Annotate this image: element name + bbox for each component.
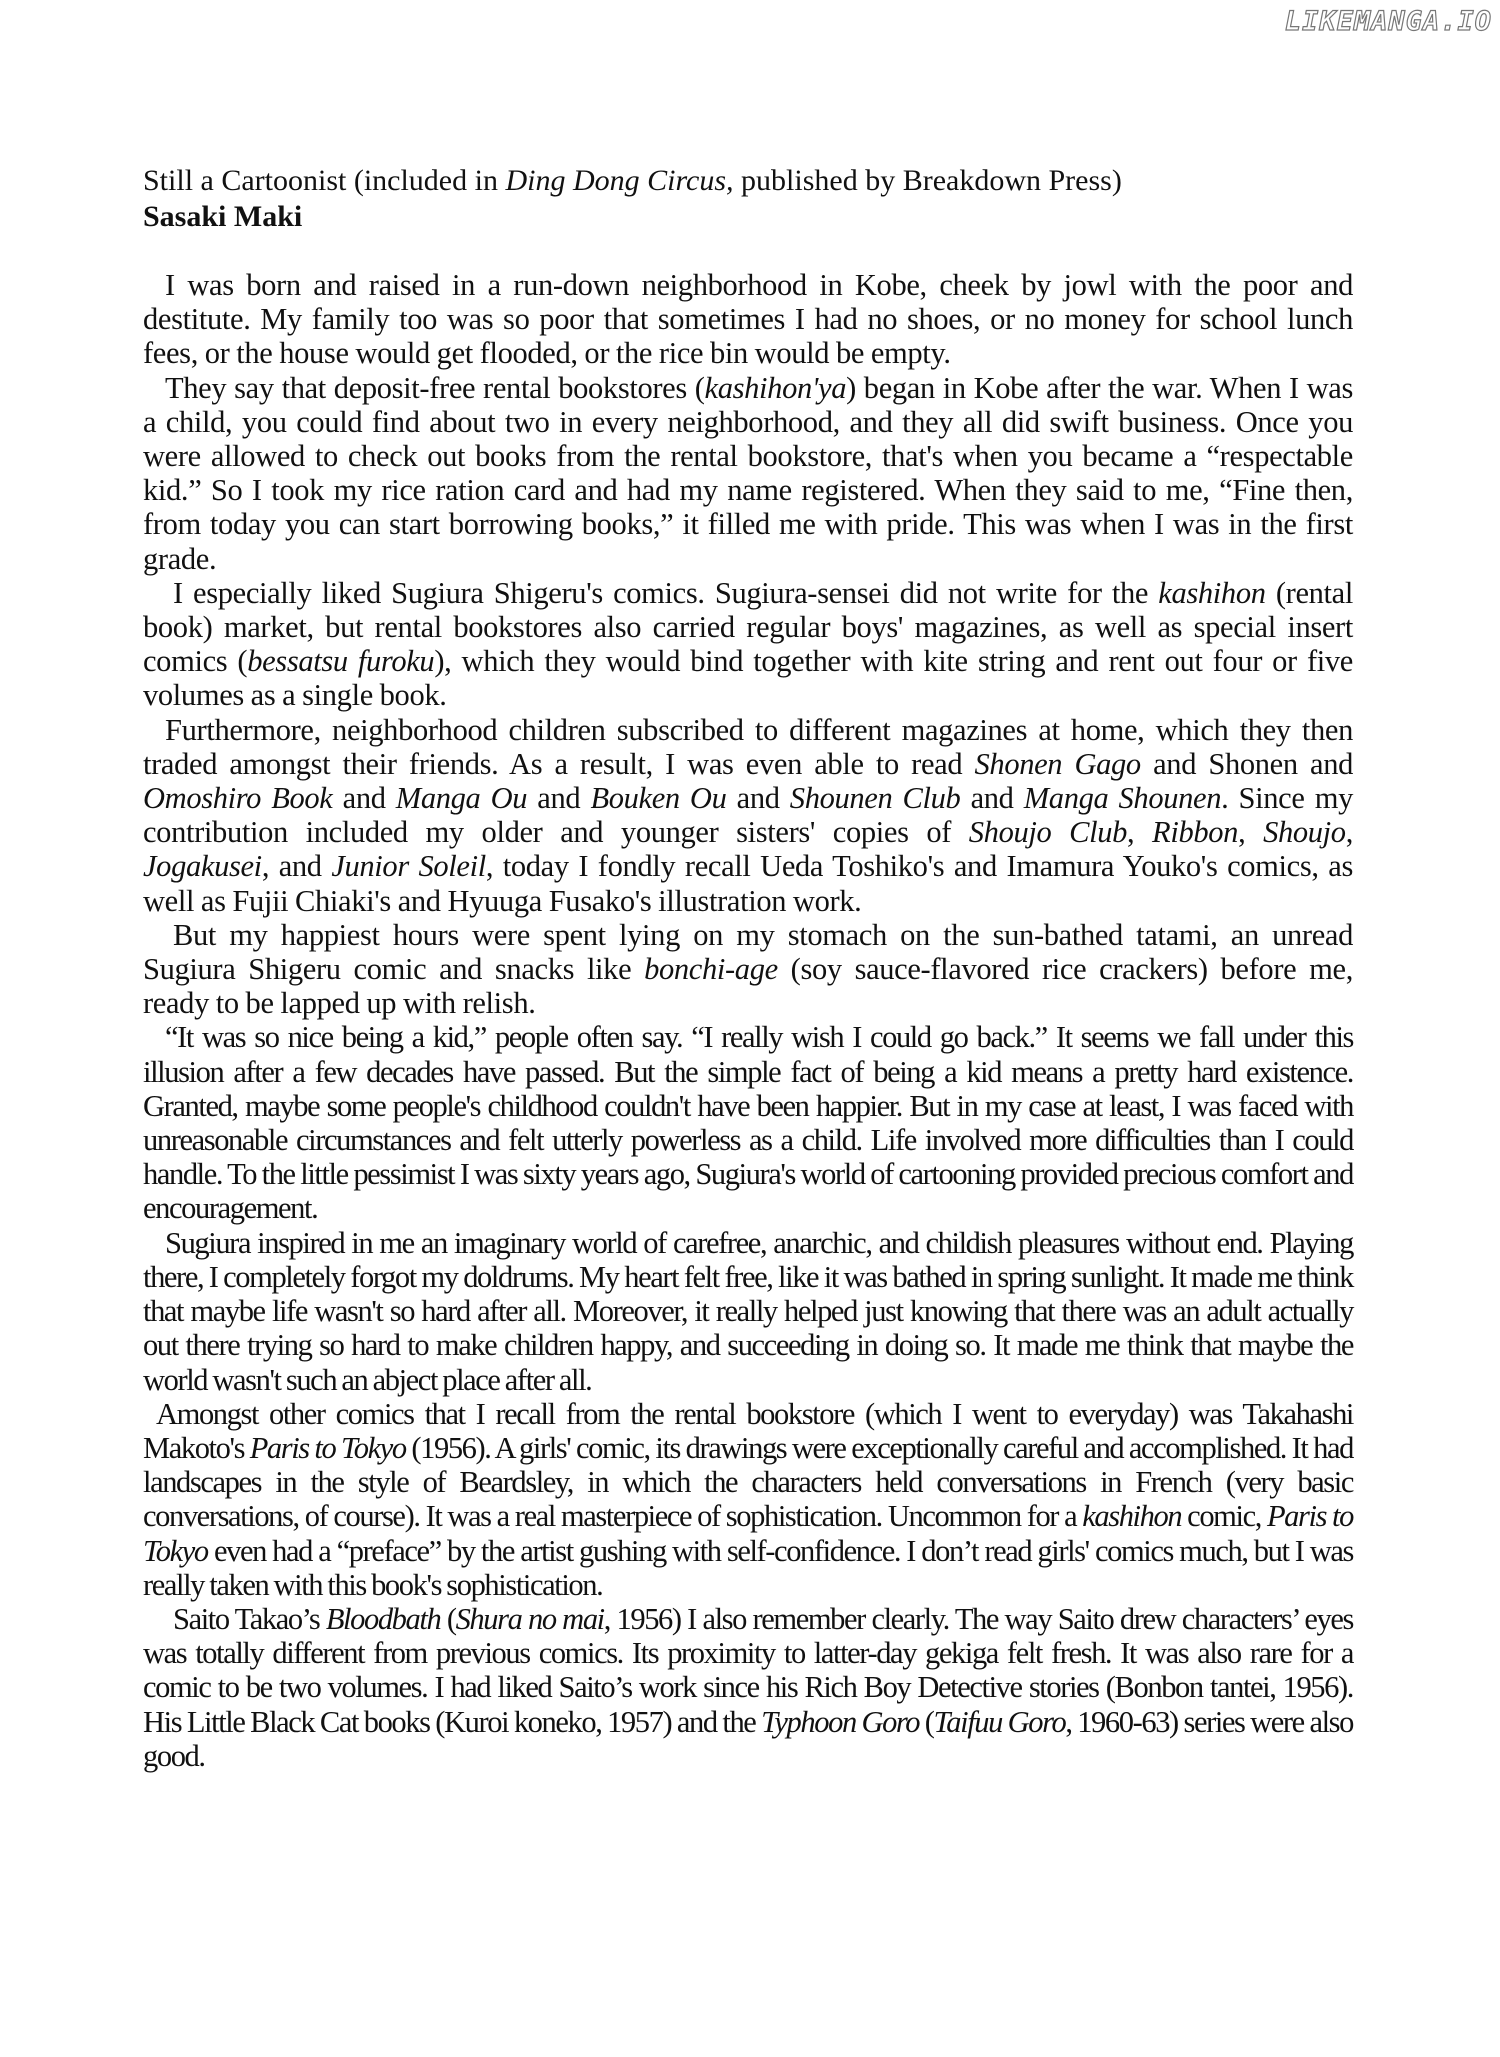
paragraph: They say that deposit-free rental bookst…: [143, 371, 1353, 576]
text-run: ,: [1238, 815, 1263, 849]
site-watermark: LIKEMANGA.IO: [1285, 6, 1492, 37]
italic-term: Junior Soleil: [331, 849, 486, 883]
document-page: Still a Cartoonist (included in Ding Don…: [143, 163, 1353, 1773]
text-run: I was born and raised in a run-down neig…: [143, 268, 1353, 370]
title-prefix: Still a Cartoonist (included in: [143, 164, 505, 197]
text-run: and: [333, 781, 396, 815]
title-suffix: published by Breakdown Press): [734, 164, 1122, 197]
italic-term: Shoujo: [1263, 815, 1346, 849]
author-name: Sasaki Maki: [143, 199, 1353, 235]
text-run: I especially liked Sugiura Shigeru's com…: [173, 576, 1158, 610]
text-run: Saito Takao’s: [173, 1602, 326, 1636]
italic-term: kashihon'ya: [705, 371, 847, 405]
italic-term: Shonen Gago: [975, 747, 1141, 781]
text-run: comic,: [1181, 1499, 1267, 1533]
paragraph: Furthermore, neighborhood children subsc…: [143, 713, 1353, 918]
text-run: ,: [1127, 815, 1152, 849]
paragraph: Sugiura inspired in me an imaginary worl…: [143, 1226, 1353, 1397]
italic-term: kashihon: [1158, 576, 1265, 610]
italic-term: Ribbon: [1152, 815, 1238, 849]
essay-body: I was born and raised in a run-down neig…: [143, 268, 1353, 1773]
italic-term: Shura no mai: [456, 1602, 604, 1636]
italic-term: Omoshiro Book: [143, 781, 333, 815]
text-run: ,: [1346, 815, 1353, 849]
text-run: (: [440, 1602, 455, 1636]
text-run: “It was so nice being a kid,” people oft…: [143, 1020, 1353, 1225]
italic-term: bonchi-age: [644, 952, 778, 986]
text-run: even had a “preface” by the artist gushi…: [143, 1534, 1353, 1602]
italic-term: kashihon: [1082, 1499, 1181, 1533]
italic-term: Taifuu Goro: [934, 1705, 1066, 1739]
italic-term: bessatsu furoku: [247, 644, 434, 678]
italic-term: Paris to Tokyo: [250, 1431, 406, 1465]
text-run: and: [727, 781, 790, 815]
text-run: and: [960, 781, 1023, 815]
book-title: Ding Dong Circus,: [505, 164, 733, 197]
paragraph: Saito Takao’s Bloodbath (Shura no mai, 1…: [143, 1602, 1353, 1773]
italic-term: Shounen Club: [790, 781, 961, 815]
italic-term: Manga Shounen: [1024, 781, 1221, 815]
italic-term: Bloodbath: [326, 1602, 440, 1636]
text-run: and Shonen and: [1141, 747, 1353, 781]
italic-term: Bouken Ou: [590, 781, 726, 815]
paragraph: “It was so nice being a kid,” people oft…: [143, 1020, 1353, 1225]
paragraph: I especially liked Sugiura Shigeru's com…: [143, 576, 1353, 713]
text-run: , and: [262, 849, 332, 883]
italic-term: Shoujo Club: [969, 815, 1127, 849]
paragraph: But my happiest hours were spent lying o…: [143, 918, 1353, 1021]
italic-term: Jogakusei: [143, 849, 262, 883]
paragraph: Amongst other comics that I recall from …: [143, 1397, 1353, 1602]
essay-title: Still a Cartoonist (included in Ding Don…: [143, 163, 1353, 199]
italic-term: Manga Ou: [396, 781, 527, 815]
text-run: and: [527, 781, 590, 815]
italic-term: Typhoon Goro: [761, 1705, 919, 1739]
text-run: (: [919, 1705, 933, 1739]
paragraph: I was born and raised in a run-down neig…: [143, 268, 1353, 371]
text-run: Sugiura inspired in me an imaginary worl…: [143, 1226, 1353, 1397]
text-run: They say that deposit-free rental bookst…: [165, 371, 705, 405]
